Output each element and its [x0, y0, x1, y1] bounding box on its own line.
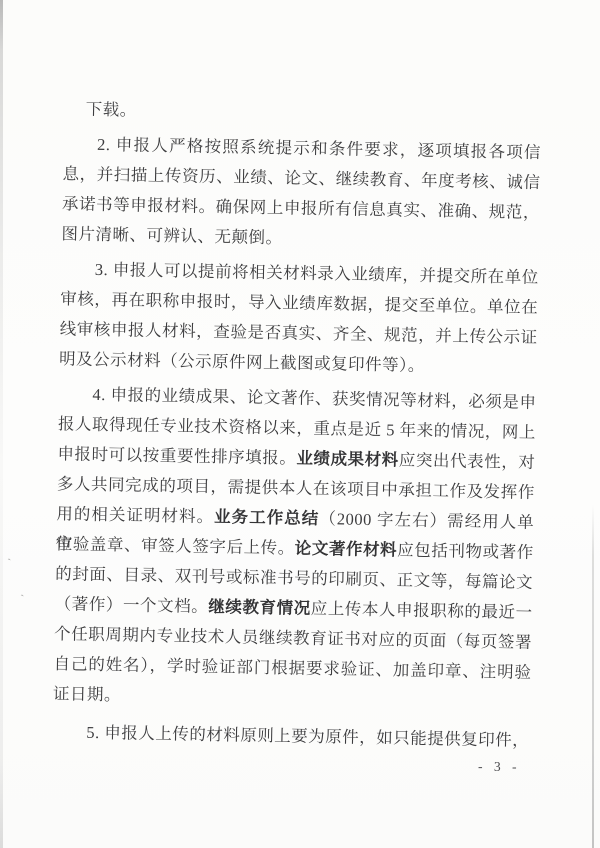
text-segment: 应上传本人申报职称的最近一	[311, 599, 533, 622]
text-segment: 应包括刊物或著作	[397, 540, 534, 561]
text-segment: 承诺书等申报材料。确保网上申报所有信息真实、准确、规范，	[62, 194, 540, 222]
text-segment: 5. 申报人上传的材料原则上要为原件，如只能提供复印件，	[86, 723, 529, 750]
text-segment: 审验盖章、审签人签字后上传。	[56, 534, 295, 557]
pencil-mark: ˏ	[18, 584, 25, 597]
text-segment: 个任职周期内专业技术人员继续教育证书对应的页面（每页签署	[54, 624, 532, 652]
paragraph-continuation: 下载。	[63, 94, 541, 133]
document-body: 下载。2. 申报人严格按照系统提示和条件要求，逐项填报各项信息，并扫描上传资历、…	[52, 94, 542, 756]
text-segment: 报人取得现任专业技术资格以来，重点是近 5 年来的情况，网上	[58, 414, 536, 442]
text-segment: 4. 申报的业绩成果、论文著作、获奖情况等材料，必须是申	[92, 385, 536, 412]
paragraph-item-3: 3. 申报人可以提前将相关材料录入业绩库，并提交所在单位审核，再在职称申报时，导…	[59, 254, 539, 383]
scan-edge-left	[0, 0, 3, 848]
text-segment: 用的相关证明材料。	[56, 504, 214, 526]
page-number: - 3 -	[478, 759, 521, 776]
text-segment: 线审核申报人材料，查验是否真实、齐全、规范，并上传公示证	[60, 319, 538, 347]
text-segment: 的封面、目录、双刊号或标准书号的印刷页、正文等，每篇论文	[55, 564, 533, 592]
text-segment: 明及公示材料（公示原件网上截图或复印件等）。	[59, 349, 425, 375]
text-segment: 下载。	[86, 100, 137, 120]
emphasis-term: 业务工作总结	[214, 507, 320, 528]
paragraph-item-4: 4. 申报的业绩成果、论文著作、获奖情况等材料，必须是申报人取得现任专业技术资格…	[53, 379, 537, 718]
paragraph-item-5: 5. 申报人上传的材料原则上要为原件，如只能提供复印件，	[52, 717, 530, 756]
scan-edge-right	[592, 505, 594, 848]
text-segment: 图片清晰、可辨认、无颠倒。	[61, 224, 282, 247]
emphasis-term: 业绩成果材料	[296, 449, 399, 470]
scanned-document-page: ˏ ˏ 下载。2. 申报人严格按照系统提示和条件要求，逐项填报各项信息，并扫描上…	[0, 0, 600, 848]
text-line: 5. 申报人上传的材料原则上要为原件，如只能提供复印件，	[52, 717, 530, 756]
text-segment: （著作）一个文档。	[54, 594, 208, 616]
text-segment: 多人共同完成的项目，需提供本人在该项目中承担工作及发挥作	[57, 474, 535, 502]
pencil-mark: ˏ	[5, 548, 12, 561]
emphasis-term: 继续教育情况	[208, 597, 311, 618]
text-segment: 2. 申报人严格按照系统提示和条件要求，逐项填报各项信	[97, 135, 541, 162]
text-segment: 申报时可以按重要性排序填报。	[57, 444, 296, 467]
text-segment: 审核，再在职称申报时，导入业绩库数据，提交至单位。单位在	[60, 289, 538, 317]
text-segment: 息，并扫描上传资历、业绩、论文、继续教育、年度考核、诚信	[62, 164, 540, 192]
text-line: 下载。	[63, 94, 541, 133]
text-segment: 应突出代表性，对	[399, 450, 536, 471]
emphasis-term: 论文著作材料	[295, 539, 398, 560]
text-segment: 证日期。	[53, 684, 121, 704]
paragraph-item-2: 2. 申报人严格按照系统提示和条件要求，逐项填报各项信息，并扫描上传资历、业绩、…	[61, 129, 541, 258]
text-segment: 3. 申报人可以提前将相关材料录入业绩库，并提交所在单位	[95, 260, 539, 287]
text-segment: 自己的姓名），学时验证部门根据要求验证、加盖印章、注明验	[53, 654, 531, 682]
